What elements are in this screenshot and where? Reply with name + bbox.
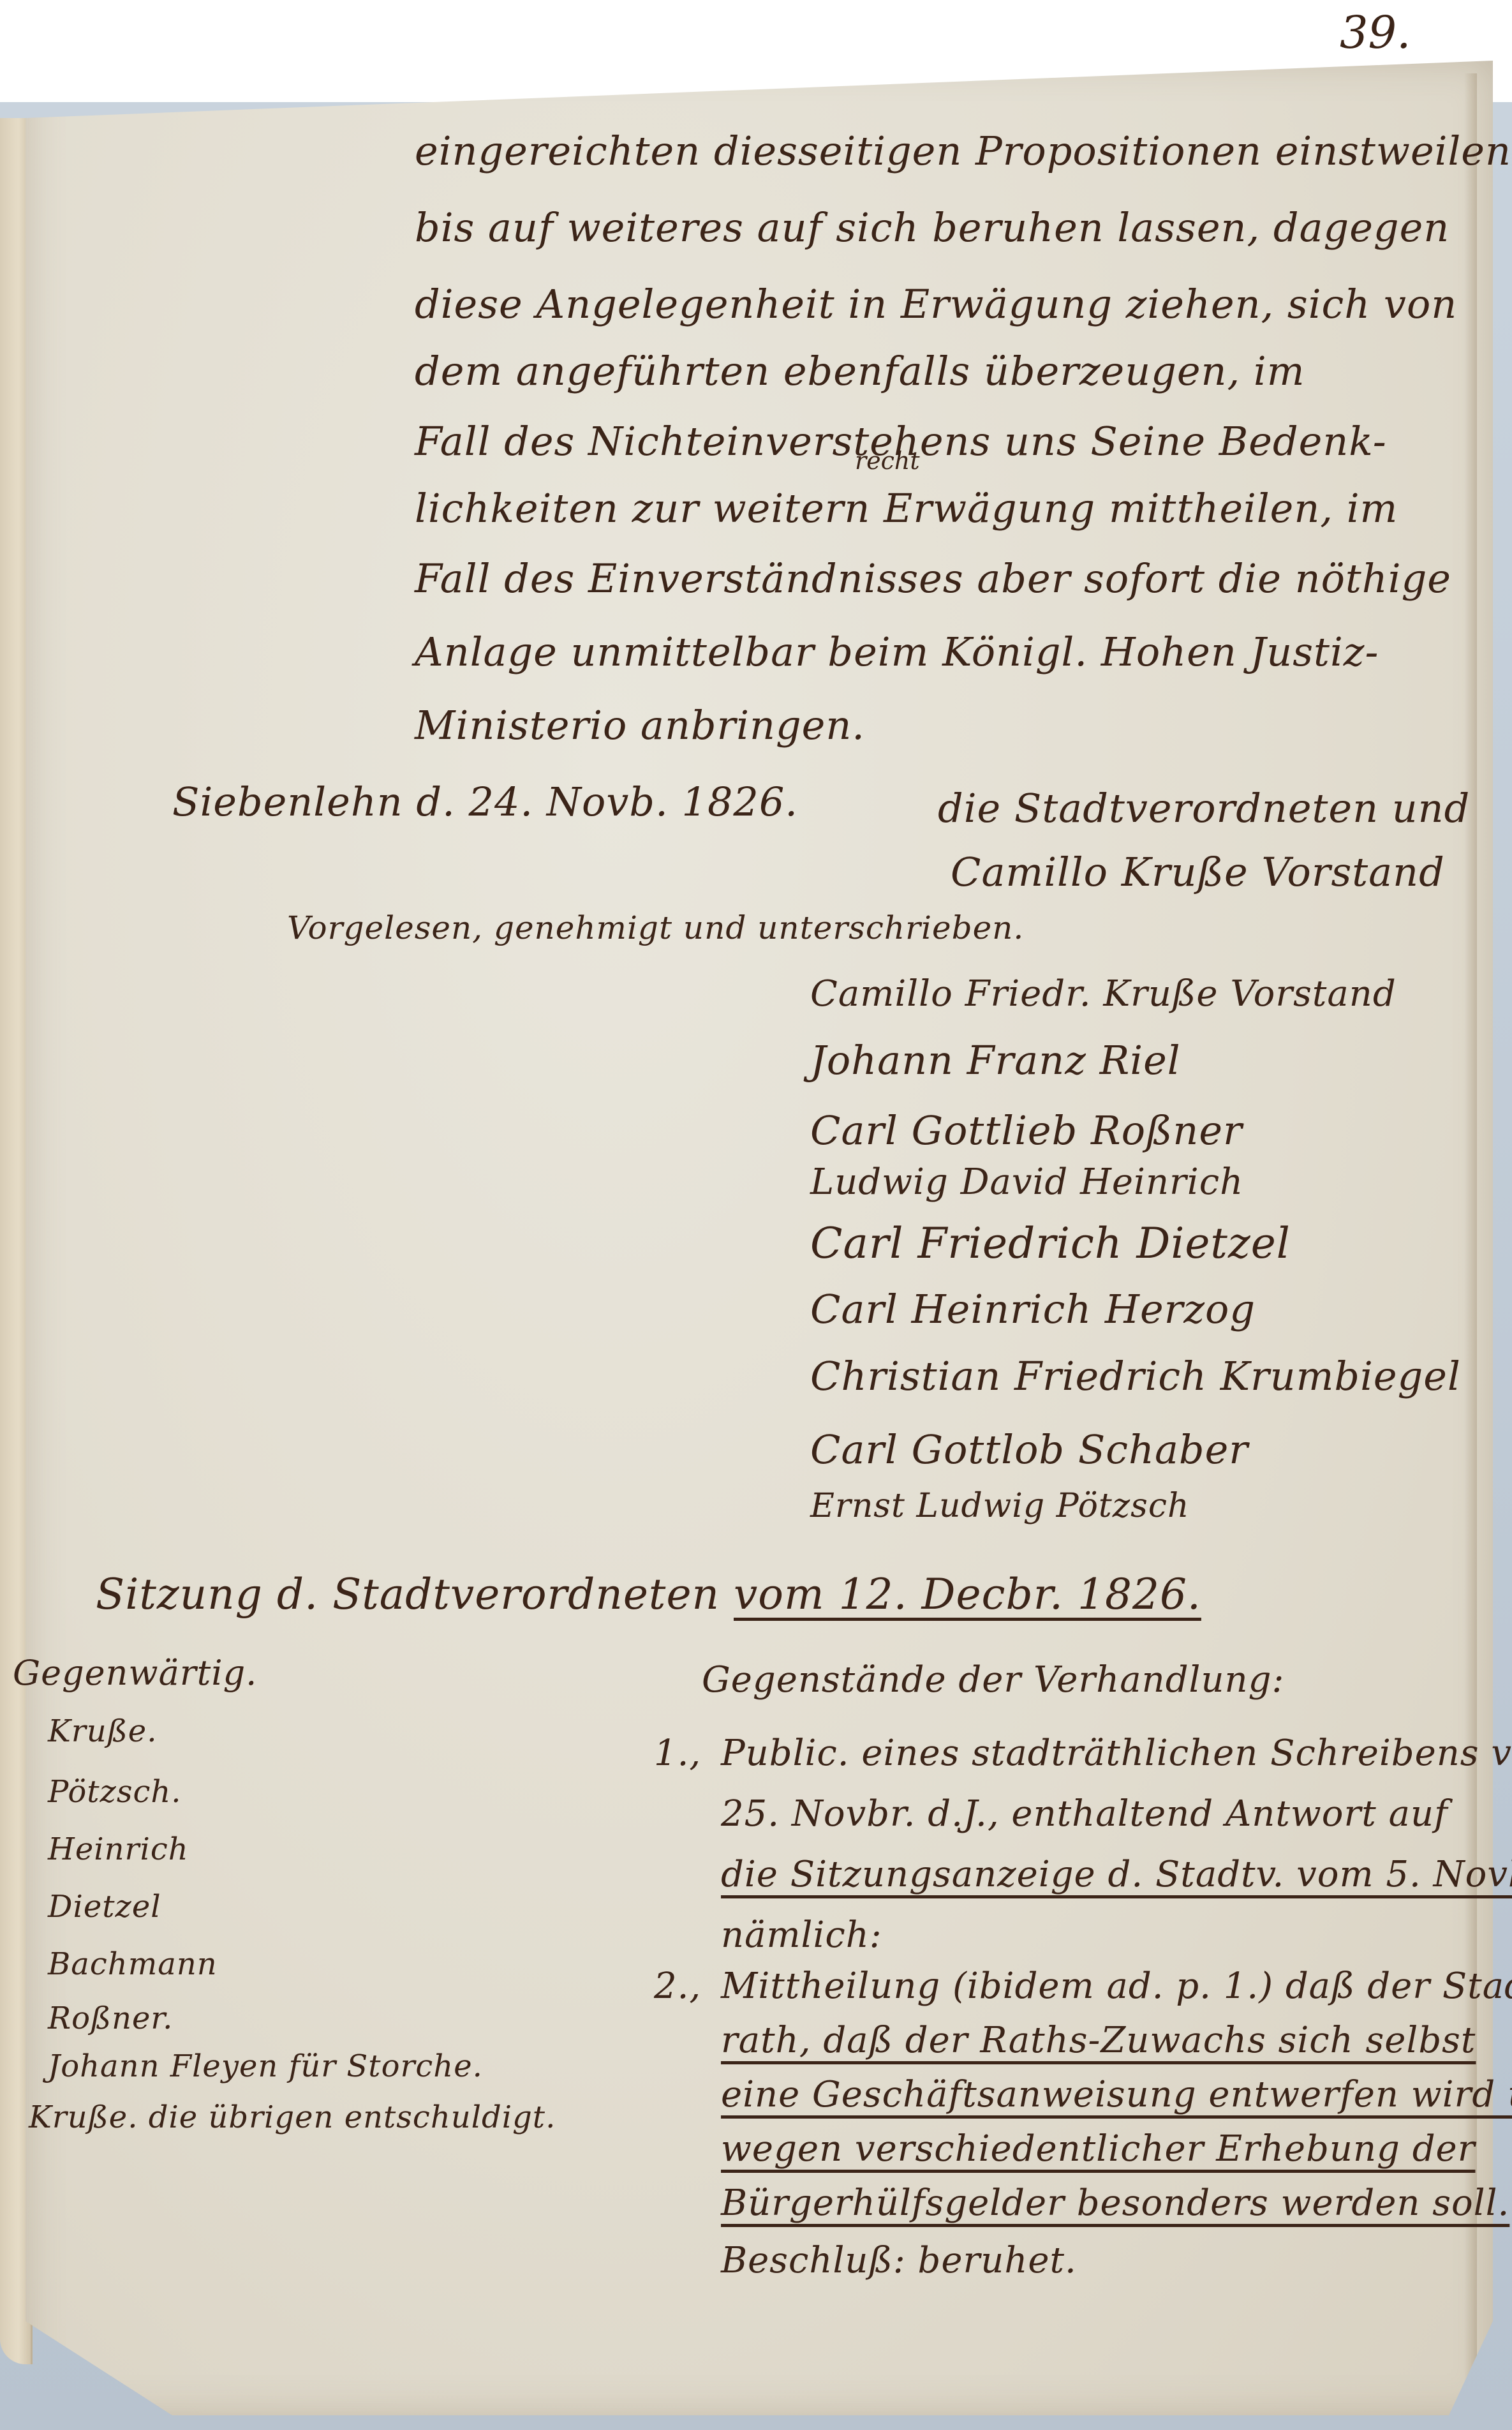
attendee: Heinrich	[48, 1831, 189, 1867]
agenda-line: die Sitzungsanzeige d. Stadtv. vom 5. No…	[721, 1854, 1512, 1895]
attendee: Pötzsch.	[48, 1774, 182, 1810]
attendee: Roßner.	[48, 2001, 173, 2036]
session-heading: Sitzung d. Stadtverordneten vom 12. Decb…	[96, 1570, 1201, 1619]
authority-line: die Stadtverordneten und	[938, 785, 1470, 831]
agenda-line: Bürgerhülfsgelder besonders werden soll.	[721, 2182, 1509, 2224]
signature: Christian Friedrich Krumbiegel	[810, 1353, 1461, 1399]
agenda-line: Public. eines stadträthlichen Schreibens…	[721, 1733, 1512, 1774]
signature: Johann Franz Riel	[810, 1037, 1181, 1084]
attendee: Kruße. die übrigen entschuldigt.	[29, 2099, 556, 2135]
body-line: dem angeführten ebenfalls überzeugen, im	[415, 348, 1305, 394]
attendance-label: Gegenwärtig.	[13, 1653, 257, 1693]
signature: Ernst Ludwig Pötzsch	[810, 1487, 1189, 1525]
attendee: Kruße.	[48, 1713, 157, 1749]
agenda-item-number: 1.,	[654, 1733, 701, 1774]
agenda-label: Gegenstände der Verhandlung:	[702, 1659, 1284, 1701]
body-line: diese Angelegenheit in Erwägung ziehen, …	[415, 281, 1457, 327]
attendee: Dietzel	[48, 1889, 161, 1925]
signature: Ludwig David Heinrich	[810, 1161, 1243, 1203]
agenda-line: 25. Novbr. d.J., enthaltend Antwort auf	[721, 1793, 1448, 1835]
signature: Camillo Friedr. Kruße Vorstand	[810, 973, 1397, 1015]
session-heading-title: Sitzung d. Stadtverordneten	[96, 1570, 720, 1619]
agenda-line: nämlich:	[721, 1914, 882, 1956]
attendee: Johann Fleyen für Storche.	[48, 2048, 483, 2084]
folio-number: 39.	[1340, 6, 1411, 59]
body-line: Ministerio anbringen.	[415, 702, 865, 749]
body-line: bis auf weiteres auf sich beruhen lassen…	[415, 204, 1449, 251]
agenda-item-number: 2.,	[654, 1965, 701, 2007]
signature: Carl Gottlob Schaber	[810, 1426, 1249, 1473]
body-line: Fall des Einverständnisses aber sofort d…	[415, 555, 1451, 602]
agenda-line: wegen verschiedentlicher Erhebung der	[721, 2128, 1475, 2170]
agenda-line: rath, daß der Raths-Zuwachs sich selbst	[721, 2020, 1476, 2061]
inserted-word: recht	[855, 447, 920, 475]
body-line: eingereichten diesseitigen Propositionen…	[415, 128, 1511, 174]
resolution: Beschluß: beruhet.	[721, 2240, 1077, 2281]
signature: Carl Friedrich Dietzel	[810, 1219, 1291, 1268]
agenda-line: eine Geschäftsanweisung entwerfen wird u…	[721, 2074, 1512, 2115]
agenda-line: Mittheilung (ibidem ad. p. 1.) daß der S…	[721, 1965, 1512, 2007]
signature: Carl Heinrich Herzog	[810, 1286, 1256, 1332]
certification-line: Vorgelesen, genehmigt und unterschrieben…	[287, 909, 1024, 946]
body-line: lichkeiten zur weitern Erwägung mittheil…	[415, 485, 1398, 532]
signature: Carl Gottlieb Roßner	[810, 1107, 1243, 1154]
attendee: Bachmann	[48, 1946, 218, 1982]
authority-line: Camillo Kruße Vorstand	[951, 849, 1445, 895]
place-date: Siebenlehn d. 24. Novb. 1826.	[172, 779, 798, 825]
session-heading-date: vom 12. Decbr. 1826.	[734, 1570, 1201, 1619]
body-line: Anlage unmittelbar beim Königl. Hohen Ju…	[415, 629, 1379, 675]
